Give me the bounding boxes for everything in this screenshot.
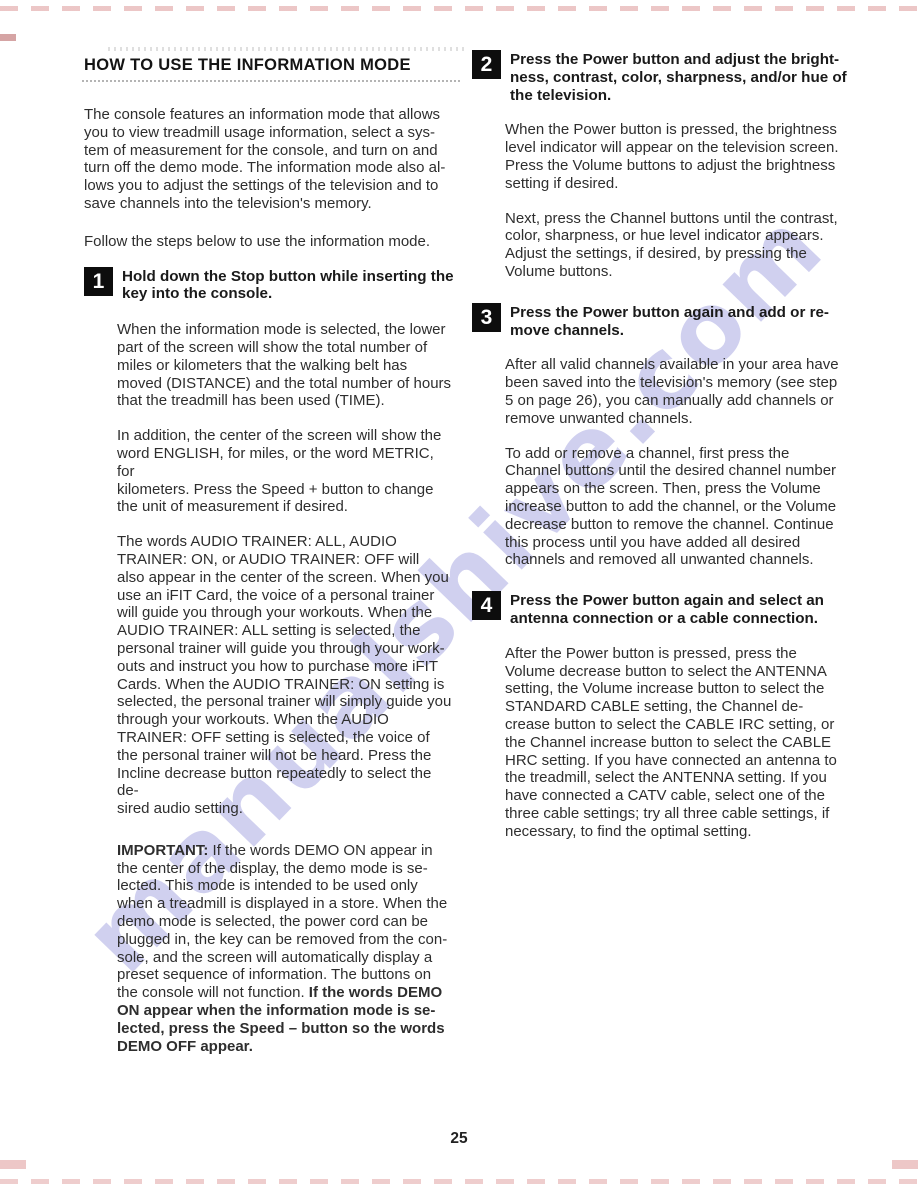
step-1-paragraph: When the information mode is selected, t… bbox=[117, 321, 454, 410]
page-title: HOW TO USE THE INFORMATION MODE bbox=[84, 56, 454, 75]
step-4: 4 Press the Power button again and selec… bbox=[472, 591, 848, 628]
scan-artifact-bottom-left-dash bbox=[0, 1160, 26, 1169]
step-3-paragraph: After all valid channels available in yo… bbox=[505, 356, 848, 427]
step-4-number-badge: 4 bbox=[472, 591, 501, 620]
scan-artifact-left-dash bbox=[0, 34, 16, 41]
step-4-paragraph: After the Power button is pressed, press… bbox=[505, 645, 848, 841]
step-2-paragraph: Next, press the Channel buttons until th… bbox=[505, 210, 848, 281]
step-3: 3 Press the Power button again and add o… bbox=[472, 303, 848, 340]
step-3-number-badge: 3 bbox=[472, 303, 501, 332]
intro-paragraph: The console features an information mode… bbox=[84, 106, 454, 213]
step-1-number-badge: 1 bbox=[84, 267, 113, 296]
step-1-heading: Hold down the Stop button while insertin… bbox=[122, 267, 454, 304]
left-column: HOW TO USE THE INFORMATION MODE The cons… bbox=[84, 56, 454, 1055]
section-header: HOW TO USE THE INFORMATION MODE bbox=[84, 56, 454, 82]
scan-artifact-bottom-line bbox=[0, 1179, 918, 1184]
scan-artifact-top-line bbox=[0, 6, 918, 11]
page-number: 25 bbox=[0, 1130, 918, 1148]
follow-steps-line: Follow the steps below to use the inform… bbox=[84, 233, 454, 251]
header-speckle-texture bbox=[108, 47, 466, 51]
important-note: IMPORTANT: If the words DEMO ON appear i… bbox=[117, 842, 454, 1056]
step-2-paragraph: When the Power button is pressed, the br… bbox=[505, 121, 848, 192]
right-column: 2 Press the Power button and adjust the … bbox=[472, 50, 848, 840]
manual-page: manualshive.com HOW TO USE THE INFORMATI… bbox=[0, 0, 918, 1188]
step-2: 2 Press the Power button and adjust the … bbox=[472, 50, 848, 104]
header-underline bbox=[82, 80, 460, 82]
step-3-paragraph: To add or remove a channel, first press … bbox=[505, 445, 848, 570]
step-1: 1 Hold down the Stop button while insert… bbox=[84, 267, 454, 304]
scan-artifact-bottom-right-dash bbox=[892, 1160, 918, 1169]
step-2-heading: Press the Power button and adjust the br… bbox=[510, 50, 847, 104]
step-1-paragraph: In addition, the center of the screen wi… bbox=[117, 427, 454, 516]
step-1-paragraph: The words AUDIO TRAINER: ALL, AUDIO TRAI… bbox=[117, 533, 454, 818]
step-2-number-badge: 2 bbox=[472, 50, 501, 79]
step-3-heading: Press the Power button again and add or … bbox=[510, 303, 829, 340]
step-4-heading: Press the Power button again and select … bbox=[510, 591, 824, 628]
